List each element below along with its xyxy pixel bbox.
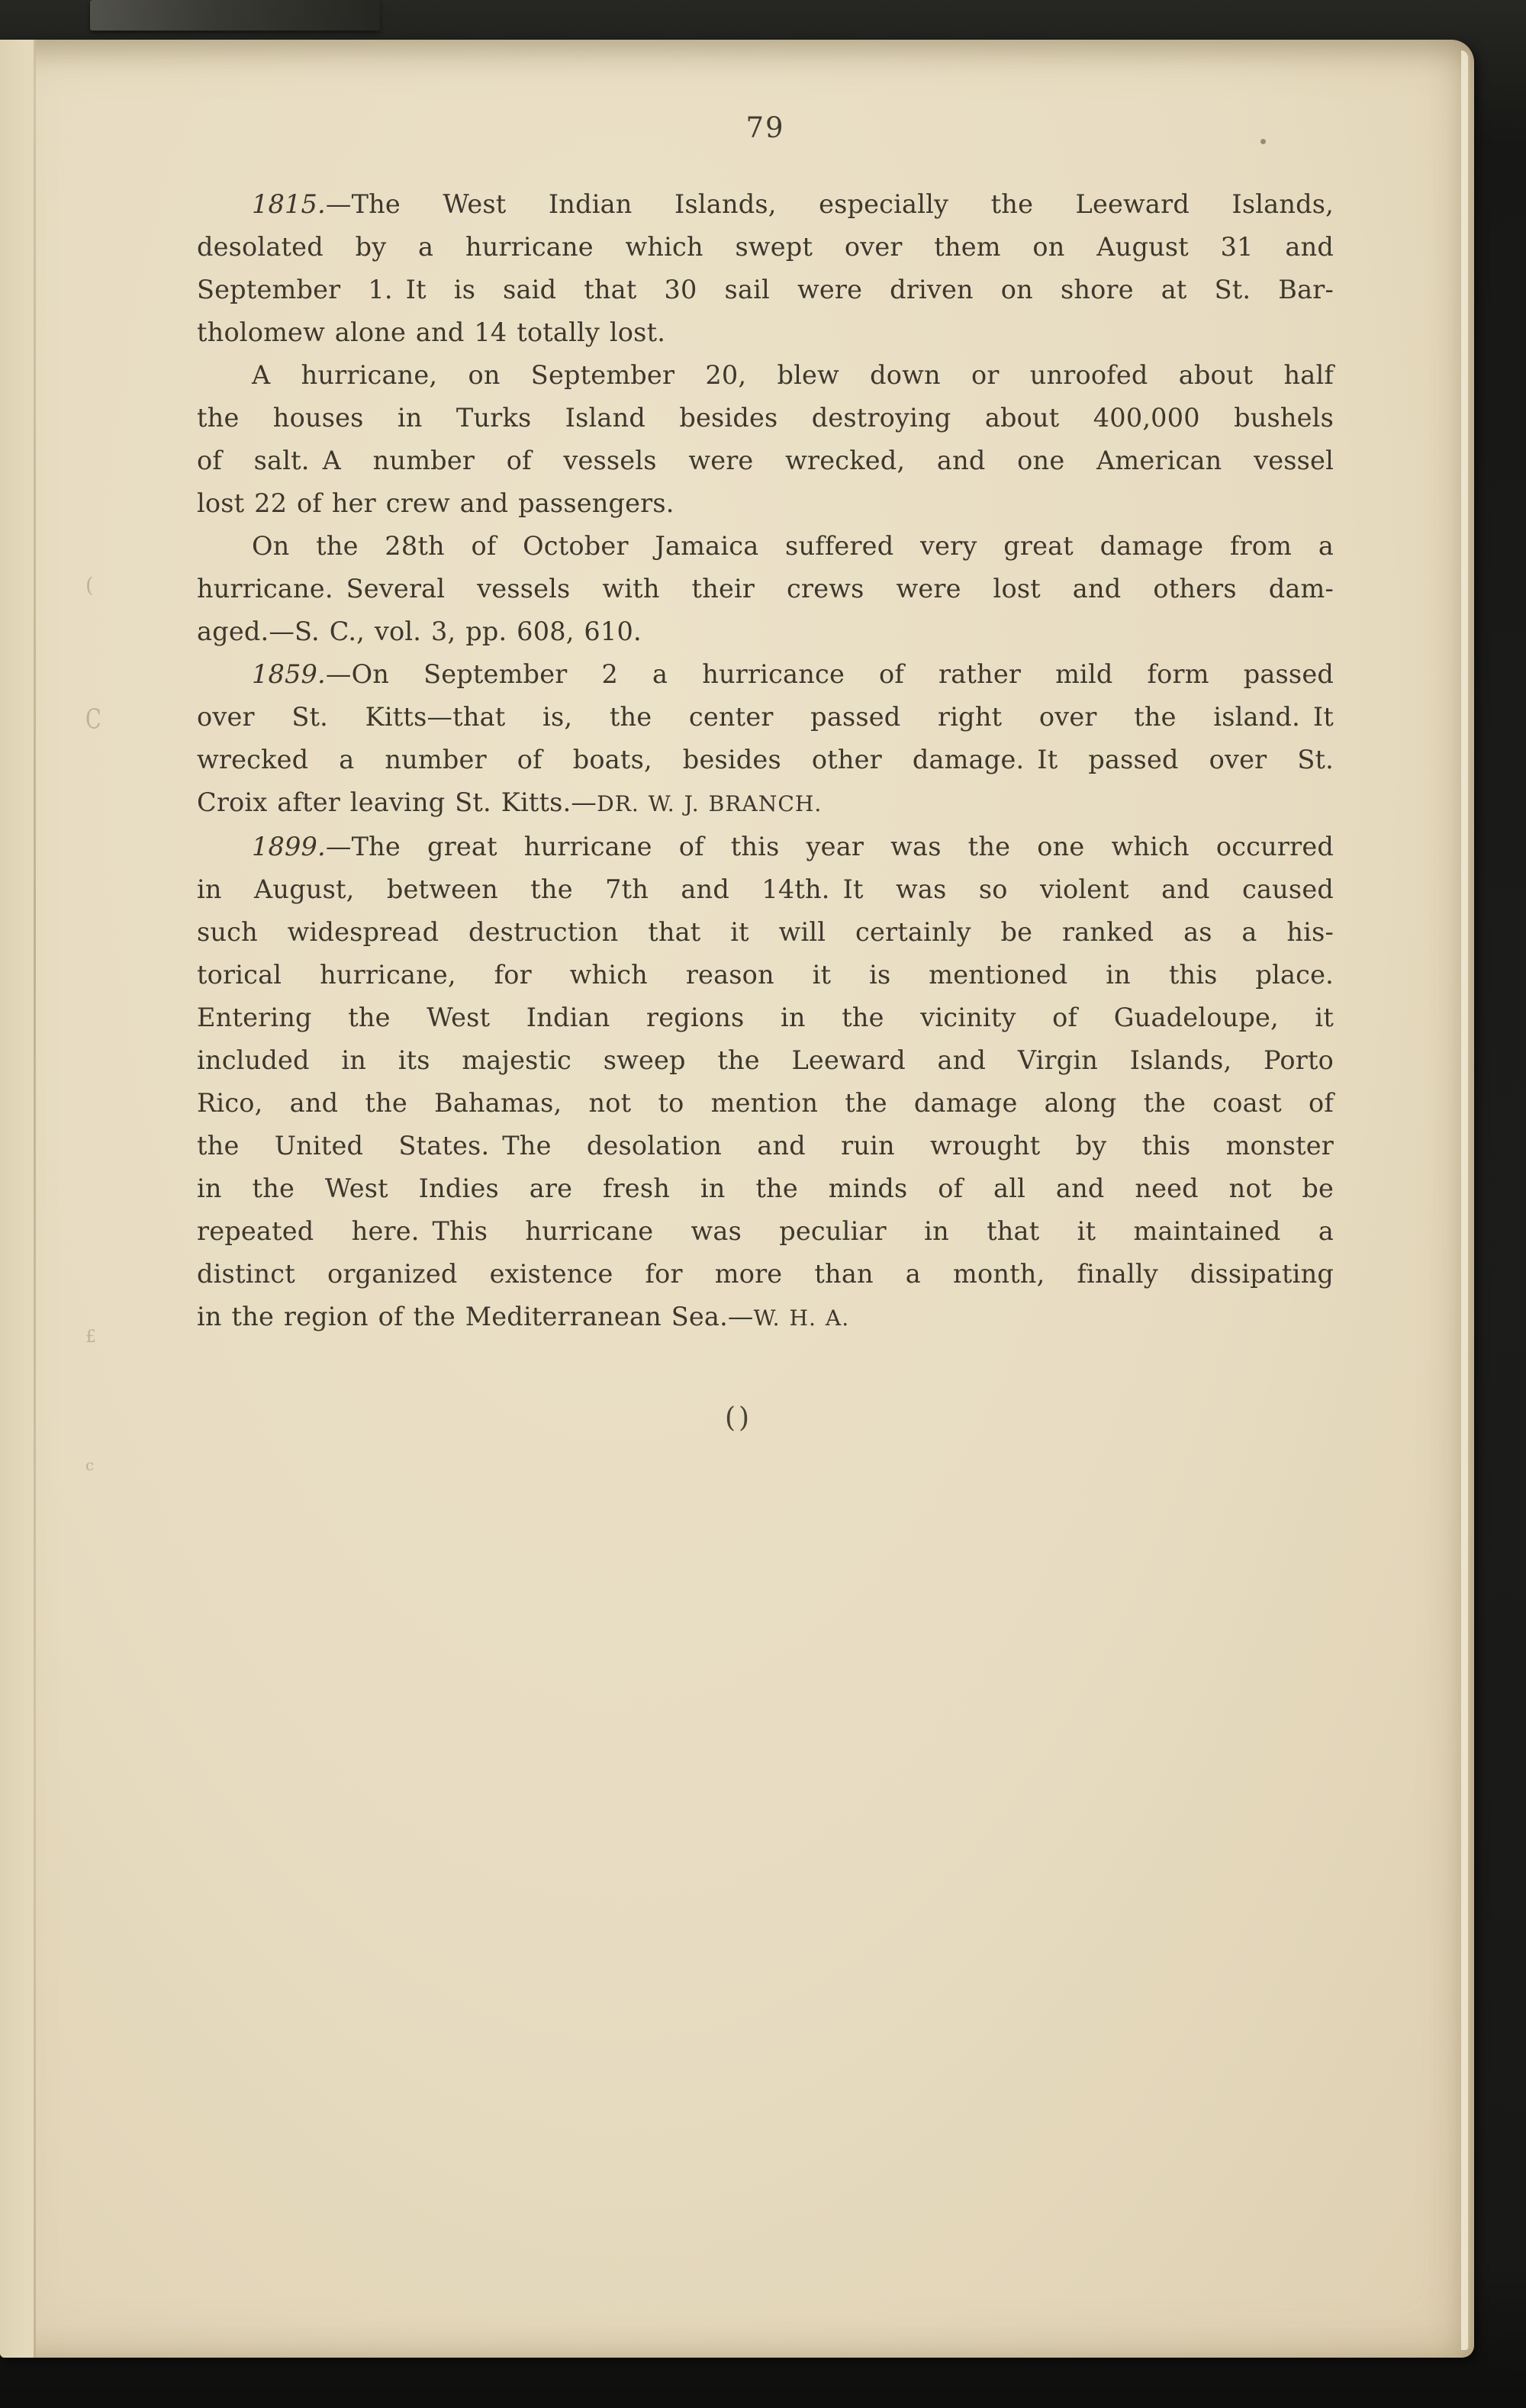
text-segment: in the West Indies are fresh in the mind… bbox=[197, 1173, 1334, 1203]
text-line: On the 28th of October Jamaica suffered … bbox=[197, 525, 1334, 568]
book-cover-texture bbox=[90, 0, 380, 31]
book-photo: 79 1815.—The West Indian Islands, especi… bbox=[0, 0, 1526, 2408]
text-segment: On the 28th of October Jamaica suffered … bbox=[252, 531, 1334, 561]
text-segment: 1899. bbox=[252, 832, 326, 861]
text-segment: repeated here. This hurricane was peculi… bbox=[197, 1216, 1334, 1246]
text-segment: in August, between the 7th and 14th. It … bbox=[197, 874, 1334, 904]
text-segment: Croix after leaving St. Kitts.— bbox=[197, 787, 597, 817]
paragraph: On the 28th of October Jamaica suffered … bbox=[197, 525, 1334, 653]
text-line: 1815.—The West Indian Islands, especiall… bbox=[197, 183, 1334, 226]
text-line: Croix after leaving St. Kitts.—DR. W. J.… bbox=[197, 781, 1334, 826]
text-segment: Rico, and the Bahamas, not to mention th… bbox=[197, 1088, 1334, 1118]
text-segment: September 1. It is said that 30 sail wer… bbox=[197, 275, 1334, 304]
margin-stray-mark: ( bbox=[85, 574, 94, 597]
text-segment: wrecked a number of boats, besides other… bbox=[197, 745, 1334, 774]
text-segment: W. H. A. bbox=[754, 1305, 850, 1331]
ink-speck bbox=[1260, 139, 1266, 144]
text-line: wrecked a number of boats, besides other… bbox=[197, 739, 1334, 781]
paragraph: A hurricane, on September 20, blew down … bbox=[197, 354, 1334, 525]
text-line: such widespread destruction that it will… bbox=[197, 911, 1334, 954]
margin-stray-mark: C bbox=[85, 704, 101, 735]
page-edge-crease bbox=[34, 40, 36, 2358]
text-segment: —The great hurricane of this year was th… bbox=[326, 832, 1334, 861]
text-line: 1899.—The great hurricane of this year w… bbox=[197, 826, 1334, 868]
text-line: lost 22 of her crew and passengers. bbox=[197, 482, 1334, 525]
text-line: the United States. The desolation and ru… bbox=[197, 1125, 1334, 1167]
text-segment: in the region of the Mediterranean Sea.— bbox=[197, 1302, 754, 1331]
margin-stray-mark: £ bbox=[85, 1328, 96, 1347]
text-segment: included in its majestic sweep the Leewa… bbox=[197, 1045, 1334, 1075]
text-segment: desolated by a hurricane which swept ove… bbox=[197, 232, 1334, 262]
text-line: tholomew alone and 14 totally lost. bbox=[197, 311, 1334, 354]
paragraph: 1815.—The West Indian Islands, especiall… bbox=[197, 183, 1334, 354]
text-segment: aged.—S. C., vol. 3, pp. 608, 610. bbox=[197, 616, 642, 646]
text-segment: —The West Indian Islands, especially the… bbox=[326, 189, 1334, 219]
text-segment: the houses in Turks Island besides destr… bbox=[197, 403, 1334, 433]
text-segment: tholomew alone and 14 totally lost. bbox=[197, 317, 665, 347]
text-line: included in its majestic sweep the Leewa… bbox=[197, 1039, 1334, 1082]
underlying-page-edge bbox=[1461, 50, 1470, 2350]
page-number: 79 bbox=[197, 111, 1334, 144]
text-block: 1815.—The West Indian Islands, especiall… bbox=[197, 183, 1334, 1340]
text-line: of salt. A number of vessels were wrecke… bbox=[197, 439, 1334, 482]
text-segment: Entering the West Indian regions in the … bbox=[197, 1003, 1334, 1032]
text-line: in the region of the Mediterranean Sea.—… bbox=[197, 1296, 1334, 1340]
paragraph: 1859.—On September 2 a hurricance of rat… bbox=[197, 653, 1334, 826]
text-segment: —On September 2 a hurricance of rather m… bbox=[326, 659, 1334, 689]
text-line: desolated by a hurricane which swept ove… bbox=[197, 226, 1334, 269]
text-line: the houses in Turks Island besides destr… bbox=[197, 397, 1334, 439]
text-segment: the United States. The desolation and ru… bbox=[197, 1131, 1334, 1161]
text-line: hurricane. Several vessels with their cr… bbox=[197, 568, 1334, 610]
text-line: A hurricane, on September 20, blew down … bbox=[197, 354, 1334, 397]
text-line: torical hurricane, for which reason it i… bbox=[197, 954, 1334, 996]
margin-stray-mark: c bbox=[85, 1456, 94, 1474]
text-segment: of salt. A number of vessels were wrecke… bbox=[197, 446, 1334, 475]
text-segment: 1859. bbox=[252, 659, 326, 689]
text-segment: distinct organized existence for more th… bbox=[197, 1259, 1334, 1289]
paragraph: 1899.—The great hurricane of this year w… bbox=[197, 826, 1334, 1340]
text-line: 1859.—On September 2 a hurricance of rat… bbox=[197, 653, 1334, 696]
text-line: distinct organized existence for more th… bbox=[197, 1253, 1334, 1296]
text-line: aged.—S. C., vol. 3, pp. 608, 610. bbox=[197, 610, 1334, 653]
text-line: in August, between the 7th and 14th. It … bbox=[197, 868, 1334, 911]
text-line: repeated here. This hurricane was peculi… bbox=[197, 1210, 1334, 1253]
text-line: Entering the West Indian regions in the … bbox=[197, 996, 1334, 1039]
text-segment: 1815. bbox=[252, 189, 326, 219]
text-segment: A hurricane, on September 20, blew down … bbox=[252, 360, 1334, 390]
text-segment: DR. W. J. BRANCH. bbox=[597, 791, 822, 816]
text-line: Rico, and the Bahamas, not to mention th… bbox=[197, 1082, 1334, 1125]
book-page: 79 1815.—The West Indian Islands, especi… bbox=[0, 40, 1474, 2358]
text-segment: over St. Kitts—that is, the center passe… bbox=[197, 702, 1334, 732]
page-gutter-strip bbox=[0, 40, 34, 2358]
text-segment: such widespread destruction that it will… bbox=[197, 917, 1334, 947]
empty-parentheses-mark: () bbox=[170, 1402, 1307, 1434]
text-segment: lost 22 of her crew and passengers. bbox=[197, 488, 674, 518]
text-line: September 1. It is said that 30 sail wer… bbox=[197, 269, 1334, 311]
text-line: over St. Kitts—that is, the center passe… bbox=[197, 696, 1334, 739]
text-segment: torical hurricane, for which reason it i… bbox=[197, 960, 1334, 990]
text-segment: hurricane. Several vessels with their cr… bbox=[197, 574, 1334, 604]
text-line: in the West Indies are fresh in the mind… bbox=[197, 1167, 1334, 1210]
